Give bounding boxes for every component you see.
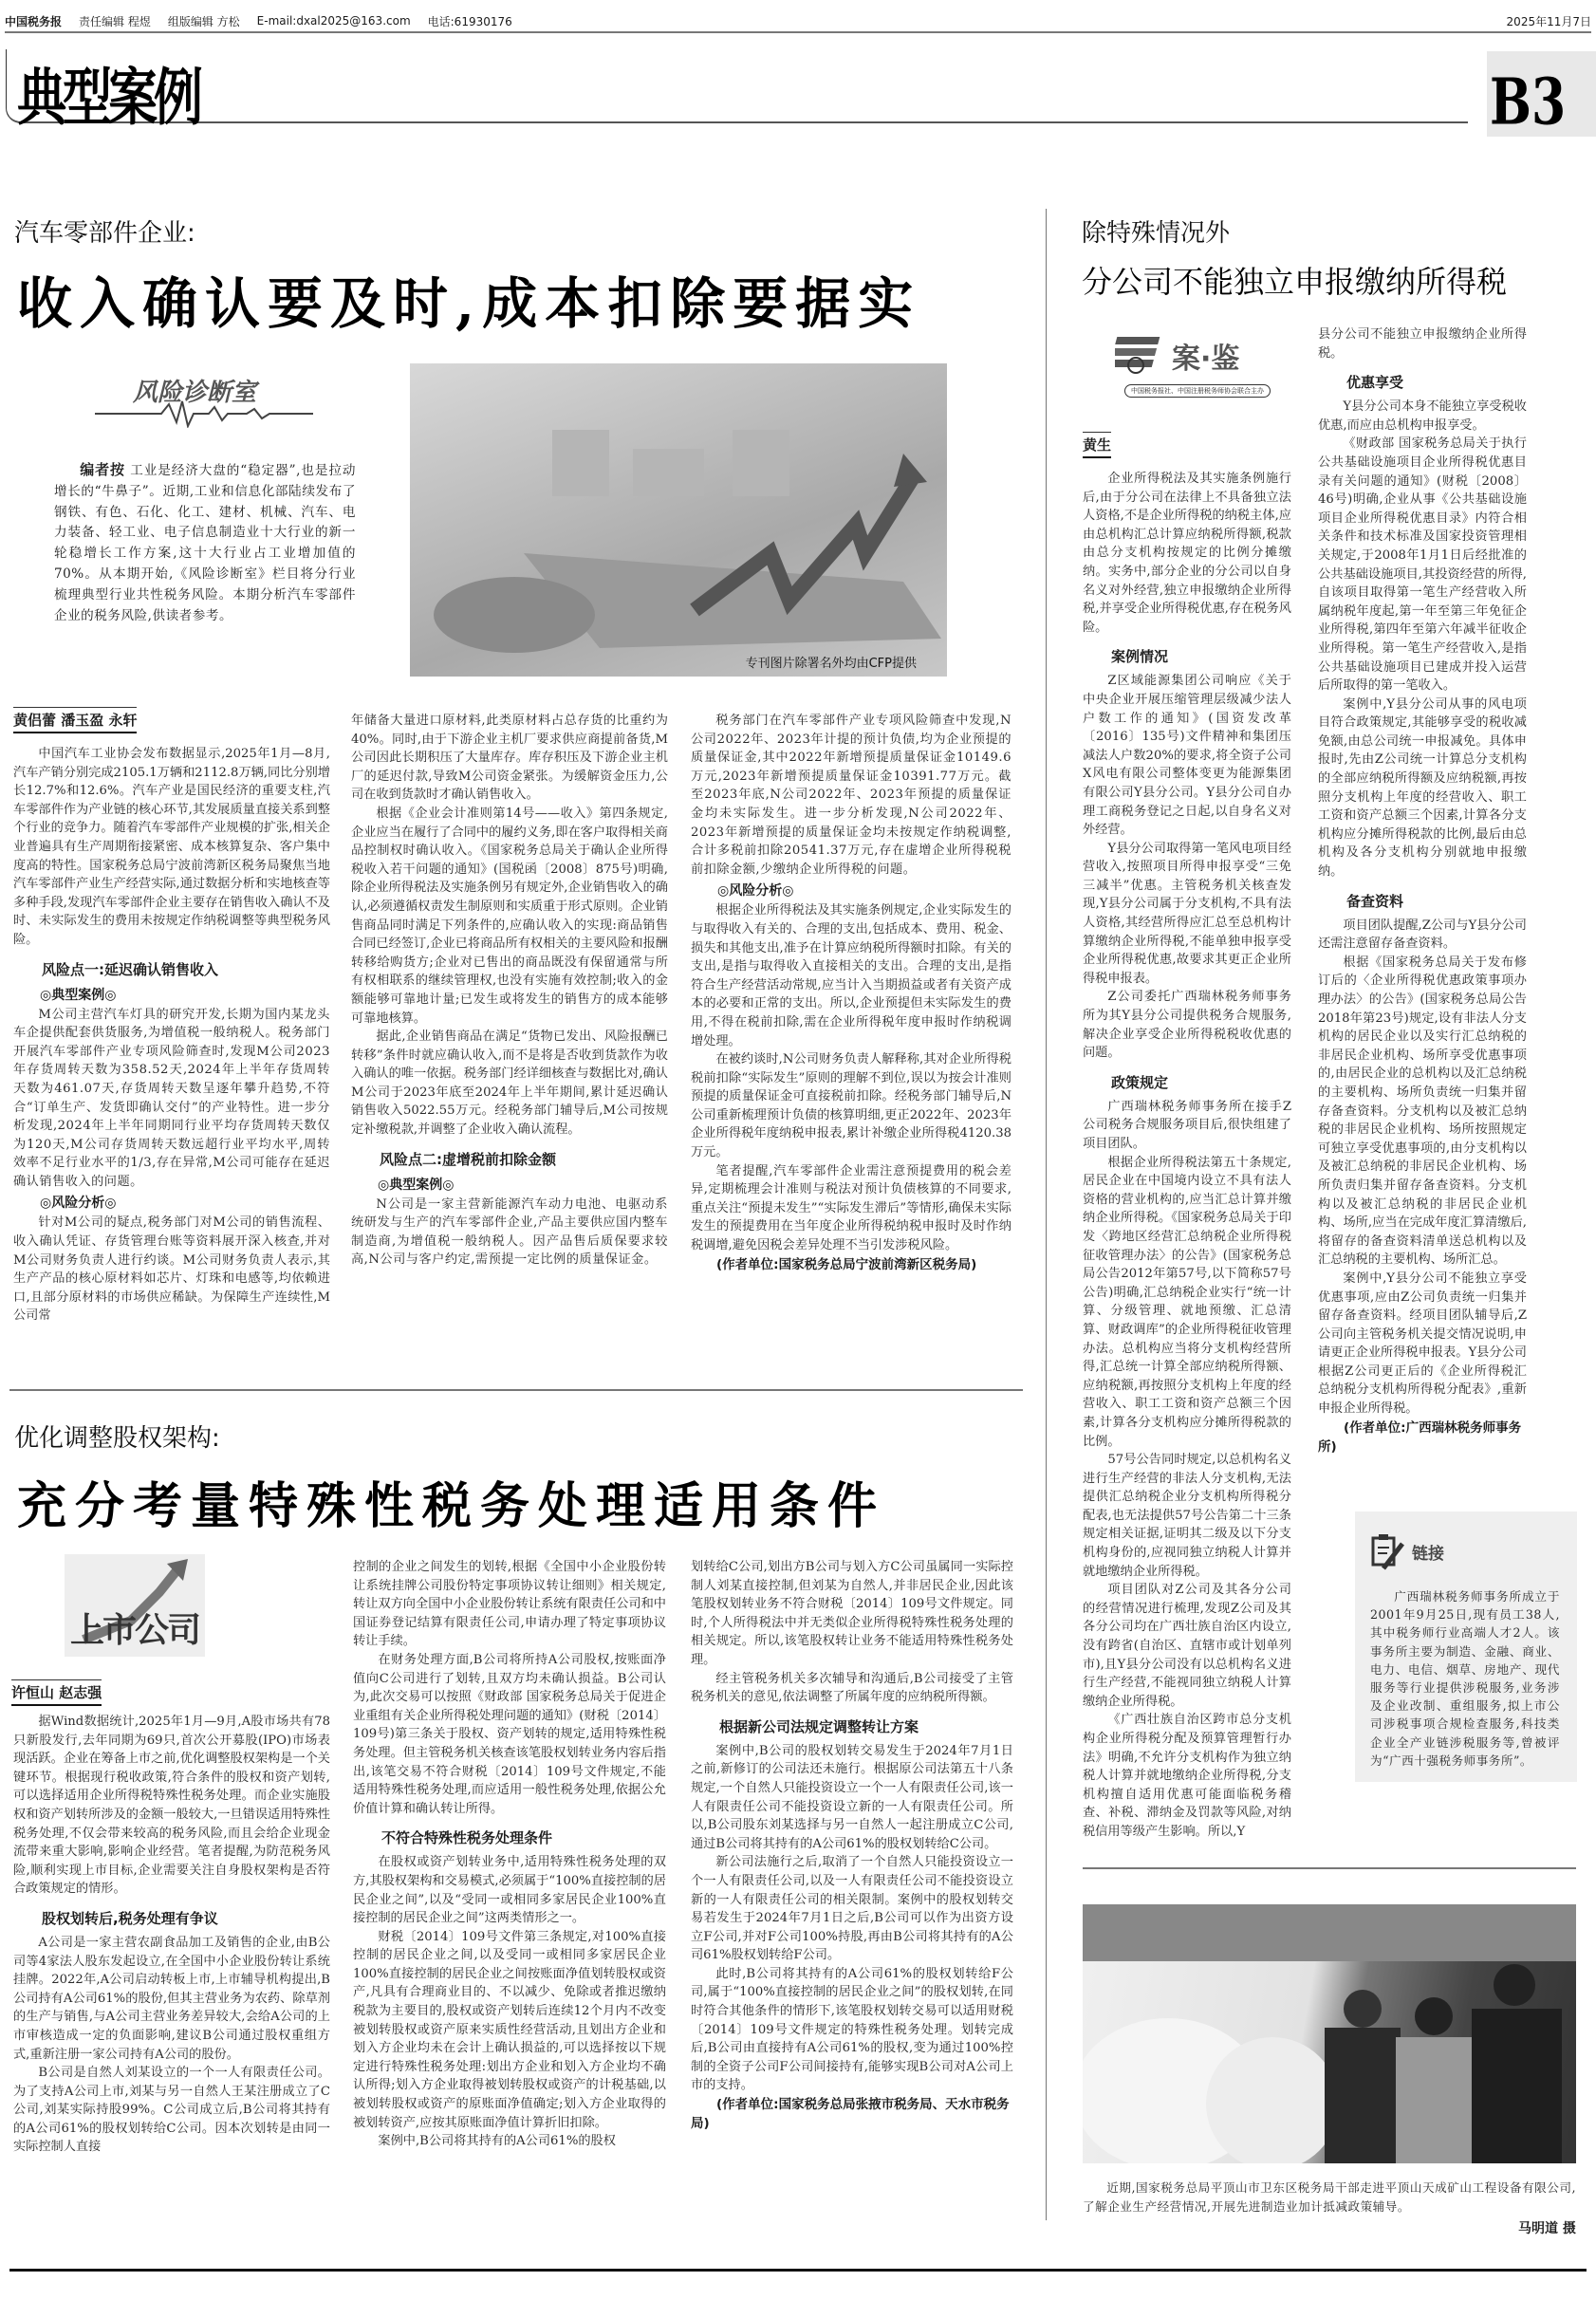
rising-arrow-chart-icon: [410, 363, 947, 677]
article3-col1-p6: 根据企业所得税法第五十条规定,居民企业在中国境内设立不具有法人资格的营业机构的,…: [1083, 1154, 1291, 1452]
article3-col2-p4: 案例中,Y县分公司从事的风电项目符合政策规定,其能够享受的税收减免额,由总公司统…: [1318, 696, 1527, 881]
article2-col3-p3: 案例中,B公司的股权划转交易发生于2024年7月1日之前,新修订的公司法还未施行…: [691, 1742, 1013, 1854]
heartbeat-line-icon: [95, 399, 313, 428]
article1-illustration: 专刊图片除署名外均由CFP提供: [410, 363, 947, 677]
typical-case-mark: ◎典型案例◎: [40, 985, 330, 1004]
article3-col2-p2: Y县分公司本身不能独立享受税收优惠,而应由总机构申报享受。: [1318, 398, 1527, 435]
article3-col2-p7: 案例中,Y县分公司不能独立享受优惠事项,应由Z公司负责统一归集并留存备查资料。经…: [1318, 1270, 1527, 1419]
article1-col2-p3: 据此,企业销售商品在满足“货物已发出、风险报酬已转移”条件时就应确认收入,而不是…: [351, 1028, 668, 1140]
article2-col1-p2: A公司是一家主营农副食品加工及销售的企业,由B公司等4家法人股东发起设立,在全国…: [13, 1934, 330, 2064]
article1-col1: 中国汽车工业协会发布数据显示,2025年1月—8月,汽车产销分别完成2105.1…: [13, 745, 330, 1326]
article3-heading-case: 案例情况: [1111, 646, 1291, 666]
article1-kicker: 汽车零部件企业:: [14, 213, 195, 249]
section-banner: [6, 49, 1468, 123]
news-photo: [1083, 1904, 1576, 2163]
article2-col3-p2: 经主管税务机关多次辅导和沟通后,B公司接受了主管税务机关的意见,依法调整了所属年…: [691, 1670, 1013, 1707]
paper-name: 中国税务报: [5, 13, 62, 29]
article3-col1-p1: 企业所得税法及其实施条例施行后,由于分公司在法律上不具备独立法人资格,不是企业所…: [1083, 470, 1291, 637]
article3-byline-wrap: 黄生: [1083, 432, 1111, 458]
article3-col1: 企业所得税法及其实施条例施行后,由于分公司在法律上不具备独立法人资格,不是企业所…: [1083, 470, 1291, 1842]
link-sidebar-header: 链接: [1370, 1532, 1444, 1570]
case-mirror-logo: 案·鉴 中国税务报社、中国注册税务师协会联合主办: [1115, 327, 1271, 403]
article1-byline: 黄侣蕾 潘玉盈 永轩: [13, 707, 137, 733]
article1-byline-wrap: 黄侣蕾 潘玉盈 永轩: [13, 707, 137, 733]
image-credit: 专刊图片除署名外均由CFP提供: [746, 653, 917, 671]
clipboard-pencil-icon: [1370, 1532, 1404, 1570]
article3-author-unit: (作者单位:广西瑞林税务师事务所): [1318, 1419, 1527, 1456]
article2-byline: 许恒山 赵志强: [11, 1679, 102, 1706]
article2-col3-p1: 划转给C公司,划出方B公司与划入方C公司虽属同一实际控制人刘某直接控制,但刘某为…: [691, 1558, 1013, 1670]
article2-col2-p5: 案例中,B公司将其持有的A公司61%的股权: [353, 2132, 666, 2151]
article2-kicker: 优化调整股权架构:: [14, 1419, 220, 1454]
article3-headline: 分公司不能独立申报缴纳所得税: [1082, 258, 1507, 302]
risk-analysis-mark: ◎风险分析◎: [40, 1193, 330, 1212]
article1-col2-p2: 根据《企业会计准则第14号——收入》第四条规定,企业应当在履行了合同中的履约义务…: [351, 805, 668, 1028]
article3-heading-policy: 政策规定: [1111, 1072, 1291, 1092]
article1-intro: 中国汽车工业协会发布数据显示,2025年1月—8月,汽车产销分别完成2105.1…: [13, 745, 330, 950]
link-sidebar: 链接 广西瑞林税务师事务所成立于2001年9月25日,现有员工38人,其中税务师…: [1355, 1512, 1577, 1782]
article2-col2-p3: 在股权或资产划转业务中,适用特殊性税务处理的双方,其股权架构和交易模式,必须属于…: [353, 1853, 666, 1927]
article3-heading-records: 备查资料: [1346, 891, 1527, 911]
article2-col3-p4: 新公司法施行之后,取消了一个自然人只能投资设立一个一人有限责任公司,以及一人有限…: [691, 1853, 1013, 1965]
editor-note: 编者按 工业是经济大盘的“稳定器”,也是拉动增长的“牛鼻子”。近期,工业和信息化…: [54, 460, 356, 626]
article3-col1-p7: 57号公告同时规定,以总机构名义进行生产经营的非法人分支机构,无法提供汇总纳税企…: [1083, 1451, 1291, 1581]
vertical-divider: [1046, 209, 1047, 2220]
photo-caption: 近期,国家税务总局平顶山市卫东区税务局干部走进平顶山天成矿山工程设备有限公司,了…: [1083, 2179, 1576, 2217]
section-title: 典型案例: [17, 47, 199, 137]
masthead-bar: 中国税务报 责任编辑 程煜 组版编辑 方松 E-mail:dxal2025@16…: [5, 11, 1591, 30]
masthead-divider: [5, 31, 1591, 33]
article3-col1-p9: 《广西壮族自治区跨市总分支机构企业所得税分配及预算管理暂行办法》明确,不允许分支…: [1083, 1711, 1291, 1841]
case2-text: N公司是一家主营新能源汽车动力电池、电驱动系统研发与生产的汽车零部件企业,产品主…: [351, 1196, 668, 1270]
article2-col1: 据Wind数据统计,2025年1月—9月,A股市场共有78只新股发行,去年同期为…: [13, 1713, 330, 2157]
article3-byline: 黄生: [1083, 432, 1111, 458]
listed-company-label: 上市公司: [70, 1604, 199, 1652]
article1-col3-p2: 根据企业所得税法及其实施条例规定,企业实际发生的与取得收入有关的、合理的支出,包…: [691, 901, 1011, 1050]
article1-col3-p4: 笔者提醒,汽车零部件企业需注意预提费用的税会差异,定期梳理会计准则与税法对预计负…: [691, 1162, 1011, 1255]
photo-top-rule: [1083, 1867, 1576, 1869]
article2-heading-2: 不符合特殊性税务处理条件: [381, 1827, 666, 1847]
article2-heading-3: 根据新公司法规定调整转让方案: [719, 1716, 1013, 1736]
contact-email[interactable]: E-mail:dxal2025@163.com: [257, 14, 411, 28]
photo-credit: 马明道 摄: [1518, 2218, 1576, 2237]
article2-author-unit: (作者单位:国家税务总局张掖市税务局、天水市税务局): [691, 2095, 1013, 2133]
contact-phone: 电话:61930176: [428, 13, 512, 29]
article2-col2-p1: 控制的企业之间发生的划转,根据《全国中小企业股份转让系统挂牌公司股份特定事项协议…: [353, 1558, 666, 1651]
article1-col3-p1: 税务部门在汽车零部件产业专项风险筛查中发现,N公司2022年、2023年计提的预…: [691, 712, 1011, 879]
article1-col2-p1: 年储备大量进口原材料,此类原材料占总存货的比重约为40%。同时,由于下游企业主机…: [351, 712, 668, 805]
article3-col1-p8: 项目团队对Z公司及其各分公司的经营情况进行梳理,发现Z公司及其各分公司均在广西壮…: [1083, 1581, 1291, 1711]
article3-col2-p6: 根据《国家税务总局关于发布修订后的〈企业所得税优惠政策事项办理办法〉的公告》(国…: [1318, 954, 1527, 1270]
article3-col1-p4: Z公司委托广西瑞林税务师事务所为其Y县分公司提供税务合规服务,解决企业享受企业所…: [1083, 988, 1291, 1062]
article1-headline: 收入确认要及时,成本扣除要据实: [17, 259, 920, 339]
article2-col2-p2: 在财务处理方面,B公司将所持A公司股权,按账面净值向C公司进行了划转,且双方均未…: [353, 1651, 666, 1818]
article3-col1-p3: Y县分公司取得第一笔风电项目经营收入,按照项目所得申报享受“三免三减半”优惠。主…: [1083, 840, 1291, 989]
article1-author-unit: (作者单位:国家税务总局宁波前湾新区税务局): [691, 1255, 1011, 1274]
article3-kicker: 除特殊情况外: [1082, 213, 1230, 249]
article3-col1-p2: Z区域能源集团公司响应《关于中央企业开展压缩管理层级减少法人户数工作的通知》(国…: [1083, 672, 1291, 839]
issue-date: 2025年11月7日: [1507, 13, 1591, 29]
page-number: B3: [1490, 65, 1566, 139]
risk-diagnosis-logo: 风险诊断室: [95, 373, 313, 420]
article2-col2-p4: 财税〔2014〕109号文件第三条规定,对100%直接控制的居民企业之间,以及受…: [353, 1928, 666, 2133]
article2-heading-1: 股权划转后,税务处理有争议: [42, 1908, 330, 1928]
article1-col3-p3: 在被约谈时,N公司财务负责人解释称,其对企业所得税税前扣除“实际发生”原则的理解…: [691, 1050, 1011, 1162]
article3-col1-p5: 广西瑞林税务师事务所在接手Z公司税务合规服务项目后,很快组建了项目团队。: [1083, 1098, 1291, 1154]
article1-col3: 税务部门在汽车零部件产业专项风险筛查中发现,N公司2022年、2023年计提的预…: [691, 712, 1011, 1274]
page-bottom-rule: [9, 2269, 1587, 2272]
analysis1-text: 针对M公司的疑点,税务部门对M公司的销售流程、收入确认凭证、存货管理台账等资料展…: [13, 1214, 330, 1326]
article1-bottom-rule: [9, 1389, 1023, 1391]
article2-col1-p3: B公司是自然人刘某设立的一个一人有限责任公司。为了支持A公司上市,刘某与另一自然…: [13, 2064, 330, 2157]
case-mirror-subtitle: 中国税务报社、中国注册税务师协会联合主办: [1124, 384, 1271, 398]
article2-byline-wrap: 许恒山 赵志强: [11, 1679, 102, 1706]
risk-analysis-mark-2: ◎风险分析◎: [717, 881, 1011, 900]
risk-point-2-heading: 风险点二:虚增税前扣除金额: [380, 1149, 668, 1169]
stacked-papers-icon: [1115, 327, 1172, 384]
article1-col2: 年储备大量进口原材料,此类原材料占总存货的比重约为40%。同时,由于下游企业主机…: [351, 712, 668, 1270]
editor-note-label: 编者按: [80, 461, 125, 478]
editor-note-text: 工业是经济大盘的“稳定器”,也是拉动增长的“牛鼻子”。近期,工业和信息化部陆续发…: [54, 463, 356, 623]
article3-heading-benefit: 优惠享受: [1346, 372, 1527, 392]
link-sidebar-text: 广西瑞林税务师事务所成立于2001年9月25日,现有员工38人,其中税务师行业高…: [1370, 1587, 1560, 1770]
case1-text: M公司主营汽车灯具的研究开发,长期为国内某龙头车企提供配套供货服务,为增值税一般…: [13, 1006, 330, 1192]
article3-col2: 县分公司不能独立申报缴纳企业所得税。 优惠享受 Y县分公司本身不能独立享受税收优…: [1318, 325, 1527, 1456]
case-mirror-title: 案·鉴: [1172, 335, 1239, 377]
article2-headline: 充分考量特殊性税务处理适用条件: [17, 1466, 885, 1537]
typical-case-mark-2: ◎典型案例◎: [378, 1175, 668, 1194]
factory-inspection-photo-icon: [1083, 1904, 1576, 2163]
layout-editor-credit: 组版编辑 方松: [168, 13, 240, 29]
listed-company-image: 上市公司: [65, 1554, 205, 1657]
article3-col2-p1: 县分公司不能独立申报缴纳企业所得税。: [1318, 325, 1527, 362]
editor-credit: 责任编辑 程煜: [79, 13, 151, 29]
article3-col2-p3: 《财政部 国家税务总局关于执行公共基础设施项目企业所得税优惠目录有关问题的通知》…: [1318, 435, 1527, 695]
link-sidebar-label: 链接: [1412, 1540, 1444, 1564]
article2-intro: 据Wind数据统计,2025年1月—9月,A股市场共有78只新股发行,去年同期为…: [13, 1713, 330, 1899]
risk-point-1-heading: 风险点一:延迟确认销售收入: [42, 959, 330, 979]
article2-col3: 划转给C公司,划出方B公司与划入方C公司虽属同一实际控制人刘某直接控制,但刘某为…: [691, 1558, 1013, 2133]
article2-col3-p5: 此时,B公司将其持有的A公司61%的股权划转给F公司,属于“100%直接控制的居…: [691, 1965, 1013, 2095]
article2-col2: 控制的企业之间发生的划转,根据《全国中小企业股份转让系统挂牌公司股份特定事项协议…: [353, 1558, 666, 2151]
article3-col2-p5: 项目团队提醒,Z公司与Y县分公司还需注意留存备查资料。: [1318, 917, 1527, 954]
